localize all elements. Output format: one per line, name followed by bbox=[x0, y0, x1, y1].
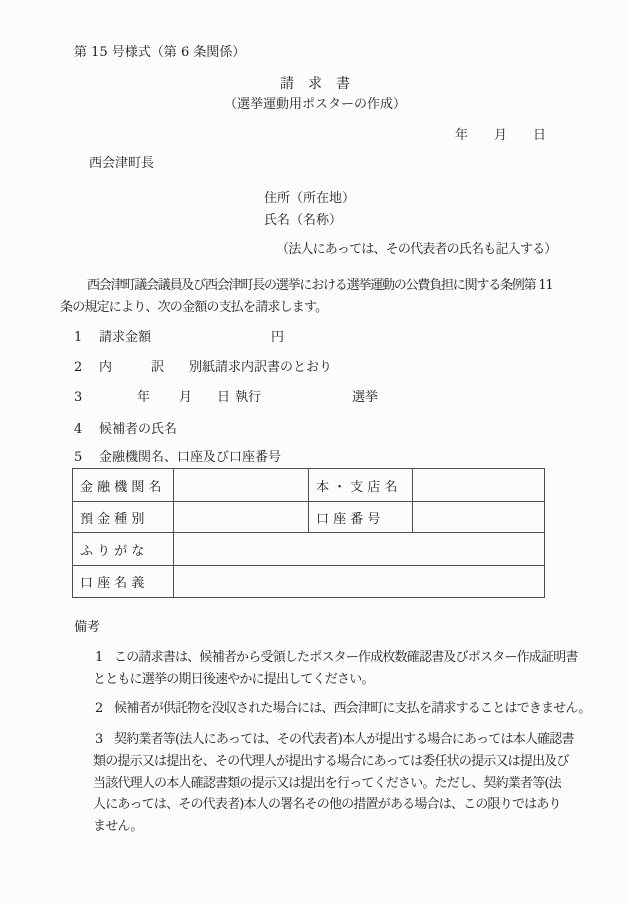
furigana-label: ふ り が な bbox=[73, 533, 174, 566]
account-holder-label: 口 座 名 義 bbox=[73, 566, 174, 598]
month-label: 月 bbox=[179, 390, 192, 406]
claim-form-document: 第 15 号様式（第 6 条関係） 請 求 書 （選挙運動用ポスターの作成） 年… bbox=[0, 0, 630, 903]
year-label: 年 bbox=[137, 390, 150, 406]
document-title: 請 求 書 bbox=[0, 76, 630, 94]
item-label: 訳 bbox=[151, 360, 164, 376]
account-number-label: 口 座 番 号 bbox=[309, 502, 413, 533]
item-label: 内 bbox=[99, 360, 112, 376]
remark-line: 類の提示又は提出を、その代理人が提出する場合にあっては委任状の提示又は提出及び bbox=[93, 754, 569, 770]
deposit-type-field bbox=[174, 502, 309, 533]
item-label: 候補者の氏名 bbox=[99, 422, 177, 438]
furigana-field bbox=[174, 533, 545, 566]
date-line: 年 月 日 bbox=[455, 128, 546, 144]
branch-name-field bbox=[413, 469, 545, 502]
item-label: 請求金額 bbox=[99, 330, 151, 346]
remark-line: ません。 bbox=[93, 819, 143, 835]
remark-line: 当該代理人の本人確認書類の提示又は提出を行ってください。ただし、契約業者等(法 bbox=[93, 776, 561, 792]
addressee: 西会津町長 bbox=[89, 156, 154, 172]
bank-name-field bbox=[174, 469, 309, 502]
bank-account-table: 金 融 機 関 名 本 ・ 支 店 名 預 金 種 別 口 座 番 号 ふ り … bbox=[72, 468, 545, 598]
remark-line: この請求書は、候補者から受領したポスター作成枚数確認書及びポスター作成証明書 bbox=[114, 650, 578, 666]
form-number: 第 15 号様式（第 6 条関係） bbox=[74, 45, 245, 61]
intro-line-2: 条の規定により、次の金額の支払を請求します。 bbox=[60, 300, 327, 316]
address-label: 住所（所在地） bbox=[264, 191, 355, 207]
day-label: 日 bbox=[217, 390, 230, 406]
remark-number: 3 bbox=[95, 732, 103, 748]
breakdown-value: 別紙請求内訳書のとおり bbox=[189, 360, 332, 376]
document-subtitle: （選挙運動用ポスターの作成） bbox=[0, 97, 630, 113]
intro-line-1: 西会津町議会議員及び西会津町長の選挙における選挙運動の公費負担に関する条例第 1… bbox=[87, 278, 552, 294]
amount-unit-label: 円 bbox=[271, 330, 284, 346]
election-label: 選挙 bbox=[352, 390, 378, 406]
remark-line: 契約業者等(法人にあっては、その代表者)本人が提出する場合にあっては本人確認書 bbox=[114, 732, 574, 748]
account-holder-field bbox=[174, 566, 545, 598]
name-label: 氏名（名称） bbox=[264, 213, 342, 229]
item-number: 2 bbox=[74, 360, 82, 376]
account-number-field bbox=[413, 502, 545, 533]
remark-line: 人にあっては、その代表者)本人の署名その他の措置がある場合は、この限りではあり bbox=[93, 797, 561, 813]
execution-label: 執行 bbox=[235, 390, 261, 406]
remark-number: 2 bbox=[95, 701, 103, 717]
remarks-heading: 備考 bbox=[74, 620, 100, 636]
bank-name-label: 金 融 機 関 名 bbox=[73, 469, 174, 502]
item-number: 3 bbox=[74, 390, 82, 406]
remark-number: 1 bbox=[95, 650, 103, 666]
remark-line: とともに選挙の期日後速やかに提出してください。 bbox=[93, 672, 374, 688]
deposit-type-label: 預 金 種 別 bbox=[73, 502, 174, 533]
item-number: 5 bbox=[74, 450, 82, 466]
item-number: 4 bbox=[74, 422, 82, 438]
item-label: 金融機関名、口座及び口座番号 bbox=[99, 450, 281, 466]
branch-name-label: 本 ・ 支 店 名 bbox=[309, 469, 413, 502]
corporation-note: （法人にあっては、その代表者の氏名も記入する） bbox=[276, 242, 556, 258]
item-number: 1 bbox=[74, 330, 82, 346]
remark-line: 候補者が供託物を没収された場合には、西会津町に支払を請求することはできません。 bbox=[114, 701, 591, 717]
